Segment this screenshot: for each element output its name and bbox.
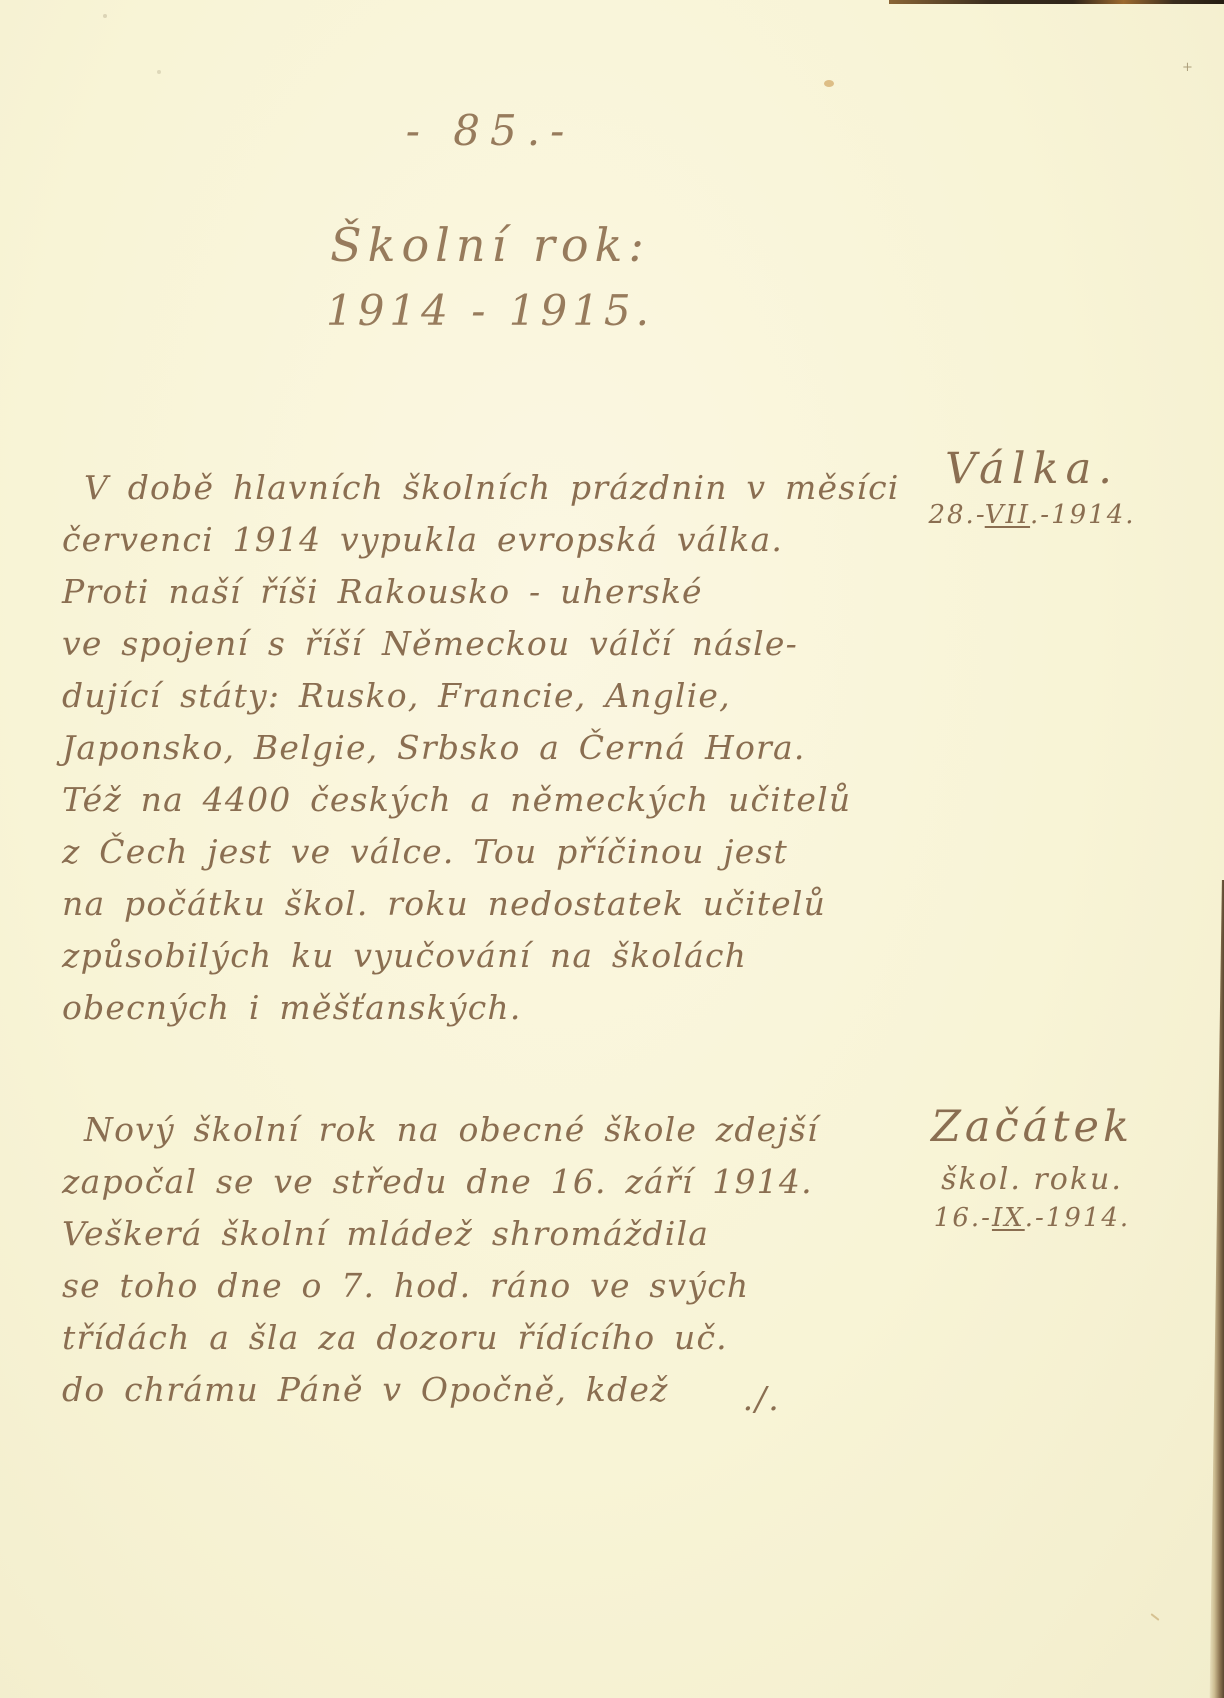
handwritten-line: Též na 4400 českých a německých učitelů [62, 774, 892, 826]
paragraph-war: V době hlavních školních prázdnin v měsí… [62, 462, 892, 1034]
margin-note-school-year-start: Začátek škol. roku. 16.-IX.-1914. [872, 1102, 1192, 1233]
handwritten-line: Japonsko, Belgie, Srbsko a Černá Hora. [62, 722, 892, 774]
margin-subheading: škol. roku. [872, 1162, 1192, 1197]
handwritten-line: obecných i měšťanských. [62, 982, 892, 1034]
date-month-roman: VII [985, 500, 1030, 530]
margin-note-war: Válka. 28.-VII.-1914. [872, 444, 1192, 530]
margin-heading: Válka. [872, 444, 1192, 494]
paper-scratch [1150, 1613, 1159, 1621]
page-number: - 85.- [0, 106, 980, 155]
margin-date: 28.-VII.-1914. [872, 500, 1192, 530]
handwritten-line: z Čech jest ve válce. Tou příčinou jest [62, 826, 892, 878]
page-edge-right [1208, 880, 1224, 1698]
chronicle-page: + - 85.- Školní rok: 1914 - 1915. V době… [0, 0, 1224, 1698]
top-edge-shadow [889, 0, 1224, 4]
continuation-mark: ./. [743, 1373, 781, 1425]
paper-speck [824, 80, 834, 87]
date-day: 16.- [934, 1203, 992, 1233]
handwritten-line: Proti naší říši Rakousko - uherské [62, 566, 892, 618]
handwritten-line: dující státy: Rusko, Francie, Anglie, [62, 670, 892, 722]
handwritten-line: způsobilých ku vyučování na školách [62, 930, 892, 982]
handwritten-line: ve spojení s říší Německou válčí násle- [62, 618, 892, 670]
date-month-roman: IX [992, 1203, 1025, 1233]
margin-date: 16.-IX.-1914. [872, 1203, 1192, 1233]
handwritten-line: třídách a šla za dozoru řídícího uč. [62, 1312, 892, 1364]
date-day: 28.- [928, 500, 984, 530]
handwritten-line: červenci 1914 vypukla evropská válka. [62, 514, 892, 566]
handwritten-line: V době hlavních školních prázdnin v měsí… [62, 462, 892, 514]
handwritten-line: Veškerá školní mládež shromáždila [62, 1208, 892, 1260]
title-year-range: 1914 - 1915. [0, 286, 980, 335]
margin-heading: Začátek [872, 1102, 1192, 1152]
handwritten-line: započal se ve středu dne 16. září 1914. [62, 1156, 892, 1208]
title-school-year: Školní rok: [0, 218, 980, 272]
handwritten-line: do chrámu Páně v Opočně, kdež./. [62, 1364, 892, 1416]
handwritten-line: na počátku škol. roku nedostatek učitelů [62, 878, 892, 930]
date-year: .-1914. [1025, 1203, 1130, 1233]
page-title: Školní rok: 1914 - 1915. [0, 218, 980, 335]
paper-speck [157, 70, 161, 74]
paragraph-school-year-start: Nový školní rok na obecné škole zdejší z… [62, 1104, 892, 1416]
line-text: do chrámu Páně v Opočně, kdež [62, 1370, 669, 1409]
handwritten-line: Nový školní rok na obecné škole zdejší [62, 1104, 892, 1156]
handwritten-line: se toho dne o 7. hod. ráno ve svých [62, 1260, 892, 1312]
registration-mark: + [1182, 60, 1193, 75]
paper-speck [103, 14, 107, 18]
date-year: .-1914. [1030, 500, 1135, 530]
